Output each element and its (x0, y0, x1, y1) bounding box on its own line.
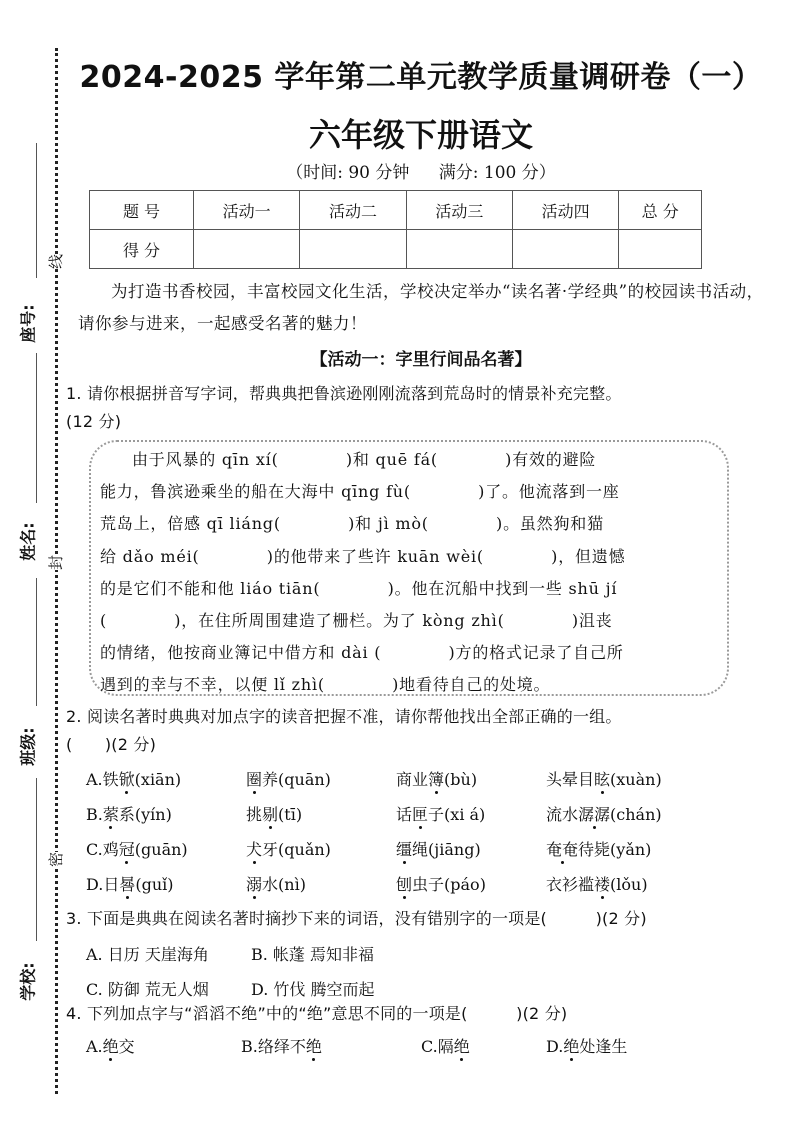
q4-option-a[interactable]: A. 绝交 (86, 1034, 241, 1057)
q3-option-c[interactable]: C. 防御 荒无人烟 (86, 977, 251, 1000)
class-line[interactable] (36, 578, 37, 706)
story-line-8[interactable]: 遇到的幸与不幸，以便 lǐ zhì( )地看待自己的处境。 (100, 669, 730, 701)
word-part: 铁 (103, 767, 119, 790)
q2-word: 头晕目眩(xuàn) (546, 767, 716, 790)
binding-mark-feng: 封 (47, 555, 66, 570)
word-part: 流水 (546, 802, 578, 825)
q3-option-a[interactable]: A. 日历 天崖海角 (86, 942, 251, 965)
pinyin: (guān) (135, 840, 188, 859)
option-label: C. (86, 840, 103, 859)
pinyin: (jiāng) (428, 840, 481, 859)
seat-number-line[interactable] (36, 143, 37, 278)
class-label: 班级: (16, 722, 39, 772)
pinyin: (xiān) (135, 770, 181, 789)
q2-answer-blank[interactable]: ( )(2 分) (66, 731, 786, 759)
word-part: 系 (119, 802, 135, 825)
q4-option-row: A. 绝交B. 络绎不绝C. 隔绝D. 绝处逢生 (86, 1028, 696, 1063)
q2-option-b[interactable]: B. 萦系(yín)挑剔(tī)话匣子(xi á)流水潺潺(chán) (86, 796, 716, 831)
q1-prompt: 1. 请你根据拼音写字词，帮典典把鲁滨逊刚刚流落到荒岛时的情景补充完整。 (12… (66, 380, 786, 436)
dotted-character: 绝 (306, 1034, 322, 1057)
binding-dotted-line (55, 48, 58, 1094)
dotted-character: 奄奄 (546, 837, 578, 860)
score-cell-activity-1[interactable] (194, 230, 300, 269)
q1-points: (12 分) (66, 408, 786, 436)
q2-word: B. 萦系(yín) (86, 802, 246, 825)
activity-1-title: 【活动一：字里行间品名著】 (66, 345, 776, 370)
q3-option-row-1: A. 日历 天崖海角 B. 帐蓬 焉知非福 (86, 936, 375, 971)
score-cell-activity-4[interactable] (512, 230, 618, 269)
score-cell-activity-2[interactable] (300, 230, 406, 269)
story-line-5[interactable]: 的是它们不能和他 liáo tiān( )。他在沉船中找到一些 shū jí (100, 573, 730, 605)
pinyin: (xi á) (444, 805, 485, 824)
header-question-number: 题 号 (90, 191, 194, 230)
option-label: A. (86, 1037, 103, 1056)
q2-word: 商业簿(bù) (396, 767, 546, 790)
binding-mark-xian: 线 (47, 254, 66, 269)
pinyin: (yǎn) (610, 840, 651, 859)
q4-option-b[interactable]: B. 络绎不绝 (241, 1034, 421, 1057)
dotted-character: 绝 (563, 1034, 579, 1057)
pinyin: (guǐ) (135, 875, 173, 894)
exam-title: 2024-2025 学年第二单元教学质量调研卷（一） (66, 52, 776, 96)
q3-options: A. 日历 天崖海角 B. 帐蓬 焉知非福 C. 防御 荒无人烟 D. 竹伐 腾… (86, 936, 375, 1006)
exam-subtitle: 六年级下册语文 (66, 110, 776, 156)
header-activity-2: 活动二 (300, 191, 406, 230)
pinyin: (tī) (278, 805, 302, 824)
q2-word: 流水潺潺(chán) (546, 802, 716, 825)
dotted-character: 锨 (119, 767, 135, 790)
dotted-character: 绝 (454, 1034, 470, 1057)
pinyin: (nì) (278, 875, 306, 894)
q2-word: 挑剔(tī) (246, 802, 396, 825)
word-part: 交 (119, 1034, 135, 1057)
header-total: 总 分 (619, 191, 702, 230)
score-cell-total[interactable] (619, 230, 702, 269)
word-part: 隔 (438, 1034, 454, 1057)
score-table: 题 号 活动一 活动二 活动三 活动四 总 分 得 分 (89, 190, 702, 269)
story-line-4[interactable]: 给 dǎo méi( )的他带来了些许 kuān wèi( )，但遗憾 (100, 541, 730, 573)
q4-option-d[interactable]: D. 绝处逢生 (546, 1034, 696, 1057)
q3-prompt: 3. 下面是典典在阅读名著时摘抄下来的词语，没有错别字的一项是( )(2 分) (66, 905, 786, 933)
q4-option-c[interactable]: C. 隔绝 (421, 1034, 546, 1057)
word-part: 鸡 (103, 837, 119, 860)
dotted-character: 晷 (119, 872, 135, 895)
header-activity-1: 活动一 (194, 191, 300, 230)
dotted-character: 剔 (262, 802, 278, 825)
pinyin: (yín) (135, 805, 172, 824)
story-line-6[interactable]: ( )，在住所周围建造了栅栏。为了 kòng zhì( )沮丧 (100, 605, 730, 637)
option-label: D. (546, 1037, 563, 1056)
pinyin: (quān) (278, 770, 331, 789)
dotted-character: 簿 (428, 767, 444, 790)
score-table-score-row: 得 分 (90, 230, 702, 269)
word-part: 络绎不 (258, 1034, 306, 1057)
dotted-character: 犬 (246, 837, 262, 860)
q2-word: D. 日晷(guǐ) (86, 872, 246, 895)
word-part: 话 (396, 802, 412, 825)
option-label: B. (86, 805, 103, 824)
dotted-character: 匣 (412, 802, 428, 825)
q2-option-a[interactable]: A. 铁锨(xiān)圈养(quān)商业簿(bù)头晕目眩(xuàn) (86, 761, 716, 796)
q2-option-d[interactable]: D. 日晷(guǐ)溺水(nì)刨虫子(páo)衣衫褴褛(lǒu) (86, 866, 716, 901)
word-part: 养 (262, 767, 278, 790)
word-part: 商业 (396, 767, 428, 790)
option-label: A. (86, 770, 103, 789)
word-part: 绳 (412, 837, 428, 860)
q2-word: 衣衫褴褛(lǒu) (546, 872, 716, 895)
story-line-1[interactable]: 由于风暴的 qīn xí( )和 quē fá( )有效的避险 (100, 444, 730, 476)
pinyin: (bù) (444, 770, 477, 789)
dotted-character: 刨 (396, 872, 412, 895)
q1-prompt-text: 1. 请你根据拼音写字词，帮典典把鲁滨逊刚刚流落到荒岛时的情景补充完整。 (66, 380, 786, 408)
word-part: 水 (262, 872, 278, 895)
story-line-2[interactable]: 能力，鲁滨逊乘坐的船在大海中 qīng fù( )了。他流落到一座 (100, 476, 730, 508)
q2-options: A. 铁锨(xiān)圈养(quān)商业簿(bù)头晕目眩(xuàn)B. 萦… (86, 761, 716, 901)
binding-mark-mi: 密 (47, 852, 66, 867)
q2-word: A. 铁锨(xiān) (86, 767, 246, 790)
word-part: 子 (428, 802, 444, 825)
dotted-character: 绝 (103, 1034, 119, 1057)
pinyin: (xuàn) (610, 770, 662, 789)
q2-word: C. 鸡冠(guān) (86, 837, 246, 860)
header-activity-4: 活动四 (512, 191, 618, 230)
dotted-character: 冠 (119, 837, 135, 860)
word-part: 处逢生 (579, 1034, 627, 1057)
word-part: 日 (103, 872, 119, 895)
q2-word: 刨虫子(páo) (396, 872, 546, 895)
option-label: B. (241, 1037, 258, 1056)
dotted-character: 眩 (594, 767, 610, 790)
word-part: 衣衫褴 (546, 872, 594, 895)
pinyin: (chán) (610, 805, 662, 824)
q4-options: A. 绝交B. 络绎不绝C. 隔绝D. 绝处逢生 (86, 1028, 696, 1063)
pinyin: (lǒu) (610, 875, 648, 894)
q1-story: 由于风暴的 qīn xí( )和 quē fá( )有效的避险 能力，鲁滨逊乘坐… (100, 444, 730, 702)
q2-word: 奄奄待毙(yǎn) (546, 837, 716, 860)
score-table-header-row: 题 号 活动一 活动二 活动三 活动四 总 分 (90, 191, 702, 230)
score-row-label: 得 分 (90, 230, 194, 269)
score-cell-activity-3[interactable] (406, 230, 512, 269)
option-label: D. (86, 875, 103, 894)
intro-paragraph: 为打造书香校园，丰富校园文化生活，学校决定举办“读名著·学经典”的校园读书活动，… (78, 276, 768, 340)
dotted-character: 潺潺 (578, 802, 610, 825)
exam-meta: （时间: 90 分钟 满分: 100 分） (66, 158, 776, 183)
word-part: 牙 (262, 837, 278, 860)
q4-prompt: 4. 下列加点字与“滔滔不绝”中的“绝”意思不同的一项是( )(2 分) (66, 1000, 786, 1028)
exam-full-score: 满分: 100 分） (439, 163, 556, 183)
option-label: C. (421, 1037, 438, 1056)
dotted-character: 褛 (594, 872, 610, 895)
school-line[interactable] (36, 778, 37, 941)
story-line-7[interactable]: 的情绪，他按商业簿记中借方和 dài ( )方的格式记录了自己所 (100, 637, 730, 669)
school-label: 学校: (16, 957, 39, 1007)
name-line[interactable] (36, 353, 37, 503)
story-line-3[interactable]: 荒岛上，倍感 qī liáng( )和 jì mò( )。虽然狗和猫 (100, 508, 730, 540)
exam-time: （时间: 90 分钟 (286, 163, 409, 183)
dotted-character: 萦 (103, 802, 119, 825)
q2-word: 犬牙(quǎn) (246, 837, 396, 860)
q3-option-d[interactable]: D. 竹伐 腾空而起 (251, 977, 375, 1000)
q2-prompt-text: 2. 阅读名著时典典对加点字的读音把握不准，请你帮他找出全部正确的一组。 (66, 703, 786, 731)
header-activity-3: 活动三 (406, 191, 512, 230)
dotted-character: 圈 (246, 767, 262, 790)
pinyin: (páo) (444, 875, 486, 894)
word-part: 虫子 (412, 872, 444, 895)
seat-number-label: 座号: (16, 299, 39, 349)
q3-option-b[interactable]: B. 帐蓬 焉知非福 (251, 942, 374, 965)
q2-word: 溺水(nì) (246, 872, 396, 895)
dotted-character: 缰 (396, 837, 412, 860)
q2-word: 圈养(quān) (246, 767, 396, 790)
word-part: 头晕目 (546, 767, 594, 790)
word-part: 待毙 (578, 837, 610, 860)
q2-option-c[interactable]: C. 鸡冠(guān)犬牙(quǎn)缰绳(jiāng)奄奄待毙(yǎn) (86, 831, 716, 866)
pinyin: (quǎn) (278, 840, 331, 859)
word-part: 挑 (246, 802, 262, 825)
q2-prompt: 2. 阅读名著时典典对加点字的读音把握不准，请你帮他找出全部正确的一组。 ( )… (66, 703, 786, 759)
name-label: 姓名: (16, 517, 39, 567)
dotted-character: 溺 (246, 872, 262, 895)
q2-word: 话匣子(xi á) (396, 802, 546, 825)
q2-word: 缰绳(jiāng) (396, 837, 546, 860)
